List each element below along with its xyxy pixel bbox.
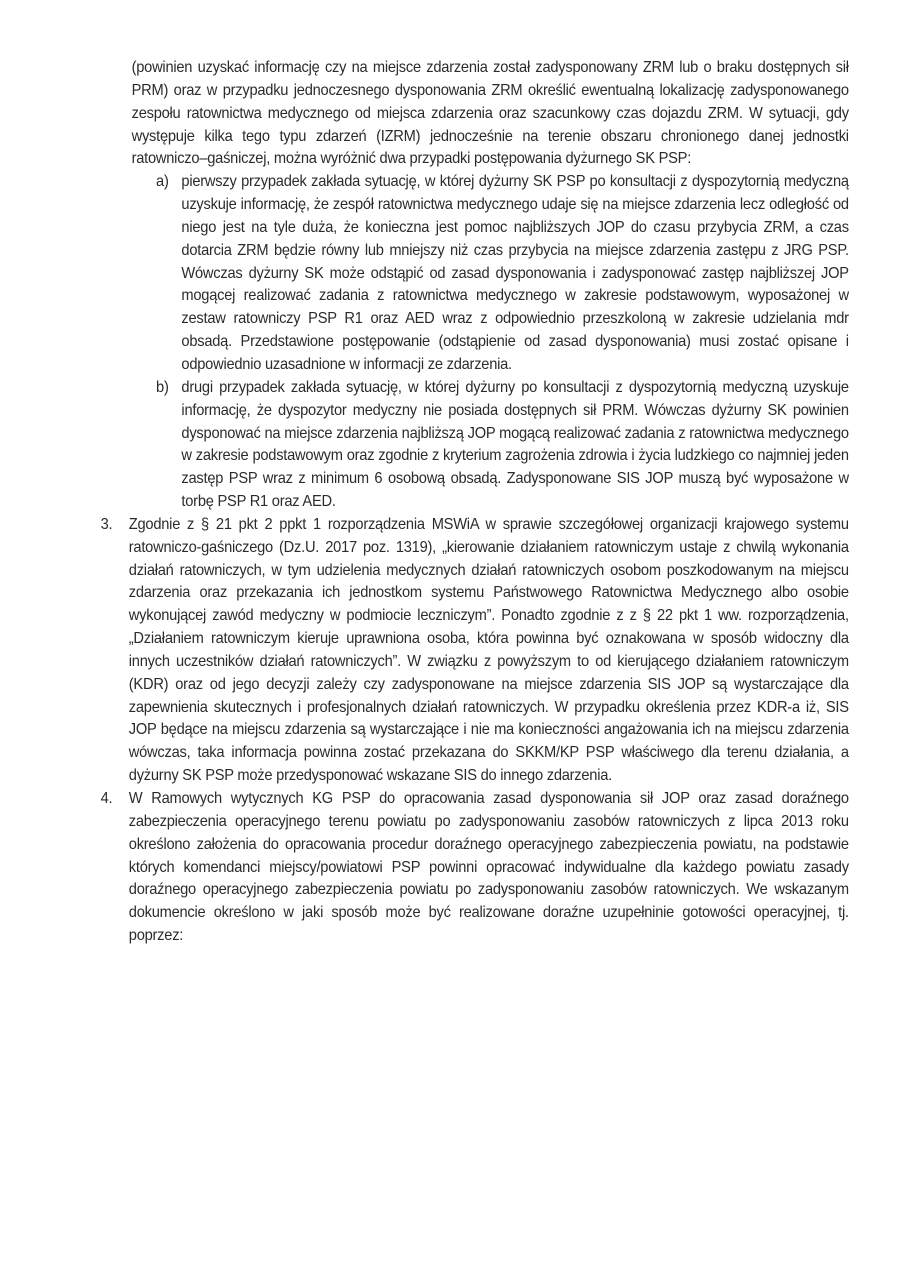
numbered-item-4: 4. W Ramowych wytycznych KG PSP do oprac… bbox=[129, 788, 849, 948]
numbered-item-text: W Ramowych wytycznych KG PSP do opracowa… bbox=[129, 788, 849, 948]
numbered-item-3: 3. Zgodnie z § 21 pkt 2 ppkt 1 rozporząd… bbox=[129, 514, 849, 788]
intro-paragraph: (powinien uzyskać informację czy na miej… bbox=[132, 57, 849, 171]
sub-item-text: drugi przypadek zakłada sytuację, w któr… bbox=[181, 377, 848, 514]
sub-item-text: pierwszy przypadek zakłada sytuację, w k… bbox=[181, 171, 848, 377]
list-marker: a) bbox=[156, 171, 169, 194]
sub-item-b: b) drugi przypadek zakłada sytuację, w k… bbox=[132, 377, 849, 514]
list-marker: b) bbox=[156, 377, 169, 400]
sub-item-a: a) pierwszy przypadek zakłada sytuację, … bbox=[132, 171, 849, 377]
list-marker: 3. bbox=[101, 514, 113, 537]
numbered-item-text: Zgodnie z § 21 pkt 2 ppkt 1 rozporządzen… bbox=[129, 514, 849, 788]
list-marker: 4. bbox=[101, 788, 113, 811]
document-page: (powinien uzyskać informację czy na miej… bbox=[0, 0, 855, 1286]
document-body: (powinien uzyskać informację czy na miej… bbox=[132, 57, 849, 948]
